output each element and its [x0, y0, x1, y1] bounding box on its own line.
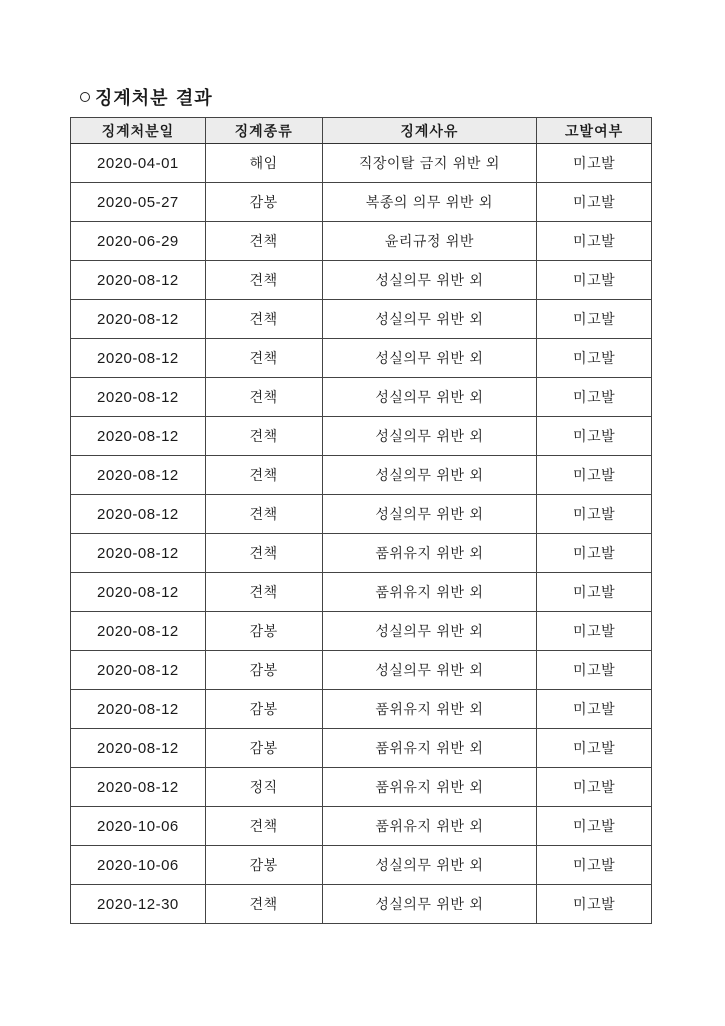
- cell-reason: 품위유지 위반 외: [322, 534, 537, 573]
- cell-type: 견책: [205, 261, 322, 300]
- cell-reason: 성실의무 위반 외: [322, 651, 537, 690]
- cell-reason: 성실의무 위반 외: [322, 378, 537, 417]
- cell-date: 2020-08-12: [71, 339, 206, 378]
- cell-prosecution: 미고발: [537, 885, 652, 924]
- table-row: 2020-04-01해임직장이탈 금지 위반 외미고발: [71, 144, 652, 183]
- table-row: 2020-08-12견책성실의무 위반 외미고발: [71, 417, 652, 456]
- cell-prosecution: 미고발: [537, 612, 652, 651]
- cell-reason: 성실의무 위반 외: [322, 300, 537, 339]
- cell-type: 견책: [205, 300, 322, 339]
- cell-reason: 성실의무 위반 외: [322, 612, 537, 651]
- cell-reason: 성실의무 위반 외: [322, 339, 537, 378]
- cell-date: 2020-10-06: [71, 807, 206, 846]
- table-row: 2020-12-30견책성실의무 위반 외미고발: [71, 885, 652, 924]
- cell-reason: 성실의무 위반 외: [322, 456, 537, 495]
- cell-prosecution: 미고발: [537, 495, 652, 534]
- cell-prosecution: 미고발: [537, 807, 652, 846]
- cell-type: 감봉: [205, 612, 322, 651]
- cell-reason: 성실의무 위반 외: [322, 495, 537, 534]
- cell-date: 2020-08-12: [71, 573, 206, 612]
- cell-reason: 성실의무 위반 외: [322, 261, 537, 300]
- cell-reason: 직장이탈 금지 위반 외: [322, 144, 537, 183]
- cell-type: 감봉: [205, 846, 322, 885]
- cell-reason: 품위유지 위반 외: [322, 690, 537, 729]
- cell-prosecution: 미고발: [537, 651, 652, 690]
- cell-prosecution: 미고발: [537, 417, 652, 456]
- cell-reason: 성실의무 위반 외: [322, 417, 537, 456]
- cell-prosecution: 미고발: [537, 573, 652, 612]
- cell-date: 2020-05-27: [71, 183, 206, 222]
- cell-prosecution: 미고발: [537, 768, 652, 807]
- cell-type: 견책: [205, 222, 322, 261]
- cell-date: 2020-12-30: [71, 885, 206, 924]
- cell-type: 해임: [205, 144, 322, 183]
- table-row: 2020-08-12견책성실의무 위반 외미고발: [71, 456, 652, 495]
- cell-prosecution: 미고발: [537, 846, 652, 885]
- cell-prosecution: 미고발: [537, 534, 652, 573]
- table-row: 2020-08-12감봉성실의무 위반 외미고발: [71, 651, 652, 690]
- disciplinary-results-table: 징계처분일 징계종류 징계사유 고발여부 2020-04-01해임직장이탈 금지…: [70, 117, 652, 924]
- table-row: 2020-08-12견책성실의무 위반 외미고발: [71, 495, 652, 534]
- table-row: 2020-10-06견책품위유지 위반 외미고발: [71, 807, 652, 846]
- cell-reason: 품위유지 위반 외: [322, 729, 537, 768]
- cell-date: 2020-08-12: [71, 612, 206, 651]
- cell-type: 견책: [205, 417, 322, 456]
- cell-type: 견책: [205, 534, 322, 573]
- circle-bullet-icon: [80, 92, 90, 102]
- table-row: 2020-08-12감봉성실의무 위반 외미고발: [71, 612, 652, 651]
- table-row: 2020-08-12견책성실의무 위반 외미고발: [71, 300, 652, 339]
- header-type: 징계종류: [205, 118, 322, 144]
- cell-date: 2020-10-06: [71, 846, 206, 885]
- cell-prosecution: 미고발: [537, 456, 652, 495]
- header-date: 징계처분일: [71, 118, 206, 144]
- cell-type: 정직: [205, 768, 322, 807]
- cell-type: 견책: [205, 339, 322, 378]
- cell-type: 감봉: [205, 183, 322, 222]
- table-row: 2020-05-27감봉복종의 의무 위반 외미고발: [71, 183, 652, 222]
- cell-reason: 품위유지 위반 외: [322, 768, 537, 807]
- cell-date: 2020-08-12: [71, 768, 206, 807]
- header-prosecution: 고발여부: [537, 118, 652, 144]
- cell-date: 2020-08-12: [71, 651, 206, 690]
- cell-prosecution: 미고발: [537, 222, 652, 261]
- cell-type: 견책: [205, 495, 322, 534]
- cell-prosecution: 미고발: [537, 300, 652, 339]
- table-row: 2020-08-12견책품위유지 위반 외미고발: [71, 534, 652, 573]
- cell-reason: 성실의무 위반 외: [322, 885, 537, 924]
- table-row: 2020-08-12견책성실의무 위반 외미고발: [71, 261, 652, 300]
- cell-type: 감봉: [205, 690, 322, 729]
- cell-prosecution: 미고발: [537, 261, 652, 300]
- cell-date: 2020-08-12: [71, 495, 206, 534]
- table-header-row: 징계처분일 징계종류 징계사유 고발여부: [71, 118, 652, 144]
- cell-prosecution: 미고발: [537, 378, 652, 417]
- cell-date: 2020-08-12: [71, 300, 206, 339]
- cell-date: 2020-08-12: [71, 534, 206, 573]
- cell-date: 2020-08-12: [71, 690, 206, 729]
- cell-date: 2020-08-12: [71, 261, 206, 300]
- cell-type: 견책: [205, 378, 322, 417]
- cell-date: 2020-04-01: [71, 144, 206, 183]
- cell-prosecution: 미고발: [537, 729, 652, 768]
- table-row: 2020-08-12정직품위유지 위반 외미고발: [71, 768, 652, 807]
- cell-reason: 품위유지 위반 외: [322, 807, 537, 846]
- cell-date: 2020-08-12: [71, 729, 206, 768]
- cell-reason: 품위유지 위반 외: [322, 573, 537, 612]
- cell-type: 견책: [205, 885, 322, 924]
- cell-prosecution: 미고발: [537, 339, 652, 378]
- cell-reason: 윤리규정 위반: [322, 222, 537, 261]
- table-row: 2020-08-12견책품위유지 위반 외미고발: [71, 573, 652, 612]
- cell-prosecution: 미고발: [537, 183, 652, 222]
- table-row: 2020-08-12견책성실의무 위반 외미고발: [71, 378, 652, 417]
- cell-date: 2020-08-12: [71, 378, 206, 417]
- cell-reason: 성실의무 위반 외: [322, 846, 537, 885]
- cell-type: 견책: [205, 573, 322, 612]
- cell-date: 2020-08-12: [71, 456, 206, 495]
- section-title: 징계처분 결과: [80, 84, 213, 110]
- cell-type: 견책: [205, 807, 322, 846]
- table-row: 2020-08-12감봉품위유지 위반 외미고발: [71, 729, 652, 768]
- cell-prosecution: 미고발: [537, 144, 652, 183]
- cell-date: 2020-08-12: [71, 417, 206, 456]
- cell-type: 견책: [205, 456, 322, 495]
- table-row: 2020-08-12감봉품위유지 위반 외미고발: [71, 690, 652, 729]
- table-row: 2020-10-06감봉성실의무 위반 외미고발: [71, 846, 652, 885]
- cell-prosecution: 미고발: [537, 690, 652, 729]
- table-row: 2020-06-29견책윤리규정 위반미고발: [71, 222, 652, 261]
- header-reason: 징계사유: [322, 118, 537, 144]
- cell-type: 감봉: [205, 651, 322, 690]
- cell-type: 감봉: [205, 729, 322, 768]
- cell-reason: 복종의 의무 위반 외: [322, 183, 537, 222]
- cell-date: 2020-06-29: [71, 222, 206, 261]
- table-row: 2020-08-12견책성실의무 위반 외미고발: [71, 339, 652, 378]
- section-title-text: 징계처분 결과: [95, 88, 213, 109]
